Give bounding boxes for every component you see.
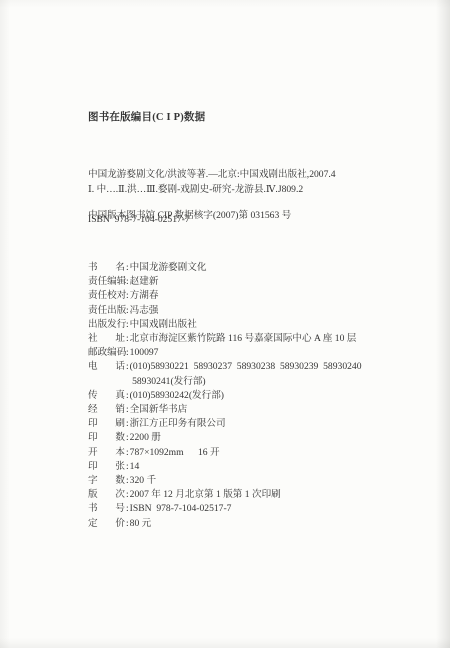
colophon-row-label: 邮政编码 bbox=[88, 346, 125, 360]
colophon-row-value: 方湖春 bbox=[130, 289, 159, 303]
colophon-row-value: 全国新华书店 bbox=[130, 403, 188, 417]
colophon-row-value: 787×1092mm 16 开 bbox=[130, 446, 220, 460]
colophon-row-value: 浙江方正印务有限公司 bbox=[130, 417, 226, 431]
colophon-row: 经销:全国新华书店 bbox=[88, 403, 362, 417]
colophon-row-value: 320 千 bbox=[130, 474, 156, 488]
colophon-row-label: 传真 bbox=[88, 389, 125, 403]
colophon-row: 出版发行:中国戏剧出版社 bbox=[88, 318, 362, 332]
colophon-row: 书号:ISBN 978-7-104-02517-7 bbox=[88, 502, 362, 516]
colophon-row-value: 北京市海淀区紫竹院路 116 号嘉豪国际中心 A 座 10 层 bbox=[130, 332, 357, 346]
colophon-row-value: ISBN 978-7-104-02517-7 bbox=[130, 502, 232, 516]
colophon-row-label: 责任出版 bbox=[88, 304, 125, 318]
colophon-row-label: 版次 bbox=[88, 488, 125, 502]
colophon-row: 书名:中国龙游婺剧文化 bbox=[88, 261, 362, 275]
colophon-row-value: 冯志强 bbox=[130, 304, 159, 318]
colophon-row: 定价:80 元 bbox=[88, 517, 362, 531]
colophon-row-label: 经销 bbox=[88, 403, 125, 417]
colophon-row-label: 字数 bbox=[88, 474, 125, 488]
colophon-row-label: 印张 bbox=[88, 460, 125, 474]
colophon-row-value: 2007 年 12 月北京第 1 版第 1 次印刷 bbox=[130, 488, 281, 502]
colophon-row-value: 100097 bbox=[130, 346, 159, 360]
colophon-row-value: (010)58930221 58930237 58930238 58930239… bbox=[130, 360, 362, 388]
colophon-row-value: (010)58930242(发行部) bbox=[130, 389, 224, 403]
colophon-row: 邮政编码:100097 bbox=[88, 346, 362, 360]
cip-description-block: 中国龙游婺剧文化/洪波等著.—北京:中国戏剧出版社,2007.4 ISBN 97… bbox=[88, 137, 336, 257]
colophon-row-label: 开本 bbox=[88, 446, 125, 460]
colophon-row-value: 中国龙游婺剧文化 bbox=[130, 261, 207, 275]
colophon-row: 版次:2007 年 12 月北京第 1 版第 1 次印刷 bbox=[88, 488, 362, 502]
book-copyright-page: 图书在版编目(C I P)数据 中国龙游婺剧文化/洪波等著.—北京:中国戏剧出版… bbox=[0, 0, 450, 648]
colophon-row-label: 定价 bbox=[88, 517, 125, 531]
colophon-row-value: 中国戏剧出版社 bbox=[130, 318, 197, 332]
colophon-row: 责任编辑:赵建新 bbox=[88, 275, 362, 289]
cip-data-heading: 图书在版编目(C I P)数据 bbox=[88, 109, 205, 124]
colophon-row-label: 印刷 bbox=[88, 417, 125, 431]
colophon-row: 社址:北京市海淀区紫竹院路 116 号嘉豪国际中心 A 座 10 层 bbox=[88, 332, 362, 346]
cip-record-number-line: 中国版本图书馆 CIP 数据核字(2007)第 031563 号 bbox=[88, 207, 291, 221]
colophon-row-label: 责任校对 bbox=[88, 289, 125, 303]
colophon-row: 印刷:浙江方正印务有限公司 bbox=[88, 417, 362, 431]
colophon-row-label: 书号 bbox=[88, 502, 125, 516]
colophon-row-label: 出版发行 bbox=[88, 318, 125, 332]
colophon-row: 责任校对:方湖春 bbox=[88, 289, 362, 303]
colophon-row-value: 14 bbox=[130, 460, 140, 474]
colophon-row-label: 书名 bbox=[88, 261, 125, 275]
colophon-list: 书名:中国龙游婺剧文化责任编辑:赵建新责任校对:方湖春责任出版:冯志强出版发行:… bbox=[88, 261, 362, 531]
colophon-row-label: 印数 bbox=[88, 431, 125, 445]
colophon-row: 印数:2200 册 bbox=[88, 431, 362, 445]
cip-classification-line: Ⅰ. 中….Ⅱ.洪…Ⅲ.婺剧-戏剧史-研究-龙游县.Ⅳ.J809.2 bbox=[88, 181, 303, 195]
colophon-row-value: 赵建新 bbox=[130, 275, 159, 289]
cip-title-line: 中国龙游婺剧文化/洪波等著.—北京:中国戏剧出版社,2007.4 bbox=[88, 167, 336, 182]
colophon-row-label: 社址 bbox=[88, 332, 125, 346]
colophon-row-value: 80 元 bbox=[130, 517, 152, 531]
colophon-row: 字数:320 千 bbox=[88, 474, 362, 488]
colophon-row: 电话:(010)58930221 58930237 58930238 58930… bbox=[88, 360, 362, 388]
colophon-row-label: 电话 bbox=[88, 360, 125, 374]
colophon-row: 开本:787×1092mm 16 开 bbox=[88, 446, 362, 460]
colophon-row: 责任出版:冯志强 bbox=[88, 304, 362, 318]
colophon-row: 传真:(010)58930242(发行部) bbox=[88, 389, 362, 403]
colophon-row-value: 2200 册 bbox=[130, 431, 161, 445]
colophon-row: 印张:14 bbox=[88, 460, 362, 474]
colophon-row-label: 责任编辑 bbox=[88, 275, 125, 289]
